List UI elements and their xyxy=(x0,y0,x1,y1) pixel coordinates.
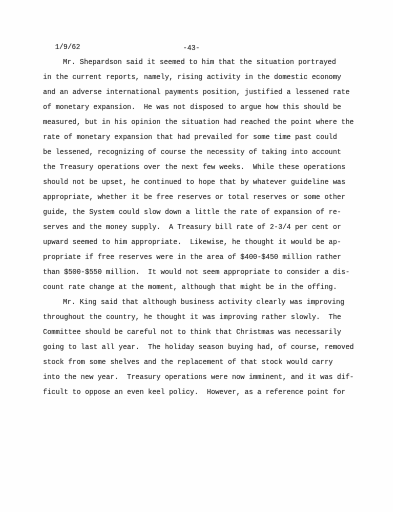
text-line: count rate change at the moment, althoug… xyxy=(43,281,363,296)
page-number: -43- xyxy=(183,45,200,54)
text-line: and an adverse international payments po… xyxy=(43,86,363,101)
text-line: should not be upset, he continued to hop… xyxy=(43,176,363,191)
text-line: stock from some shelves and the replacem… xyxy=(43,356,363,371)
text-line: propriate if free reserves were in the a… xyxy=(43,251,363,266)
text-line: into the new year. Treasury operations w… xyxy=(43,371,363,386)
scanned-document-page: 1/9/62 -43- Mr. Shepardson said it seeme… xyxy=(0,0,393,512)
text-line: Mr. Shepardson said it seemed to him tha… xyxy=(43,56,363,71)
text-line: in the current reports, namely, rising a… xyxy=(43,71,363,86)
text-line: guide, the System could slow down a litt… xyxy=(43,206,363,221)
text-line: be lessened, recognizing of course the n… xyxy=(43,146,363,161)
text-line: rate of monetary expansion that had prev… xyxy=(43,131,363,146)
paragraph: Mr. Shepardson said it seemed to him tha… xyxy=(43,56,363,296)
text-line: the Treasury operations over the next fe… xyxy=(43,161,363,176)
paragraph: Mr. King said that although business act… xyxy=(43,296,363,401)
text-line: appropriate, whether it be free reserves… xyxy=(43,191,363,206)
text-line: measured, but in his opinion the situati… xyxy=(43,116,363,131)
text-line: serves and the money supply. A Treasury … xyxy=(43,221,363,236)
text-line: going to last all year. The holiday seas… xyxy=(43,341,363,356)
text-line: ficult to oppose an even keel policy. Ho… xyxy=(43,386,363,401)
text-line: throughout the country, he thought it wa… xyxy=(43,311,363,326)
document-body: Mr. Shepardson said it seemed to him tha… xyxy=(43,56,363,401)
text-line: upward seemed to him appropriate. Likewi… xyxy=(43,236,363,251)
date-label: 1/9/62 xyxy=(55,44,80,53)
text-line: Committee should be careful not to think… xyxy=(43,326,363,341)
text-line: than $500-$550 million. It would not see… xyxy=(43,266,363,281)
text-line: of monetary expansion. He was not dispos… xyxy=(43,101,363,116)
text-line: Mr. King said that although business act… xyxy=(43,296,363,311)
